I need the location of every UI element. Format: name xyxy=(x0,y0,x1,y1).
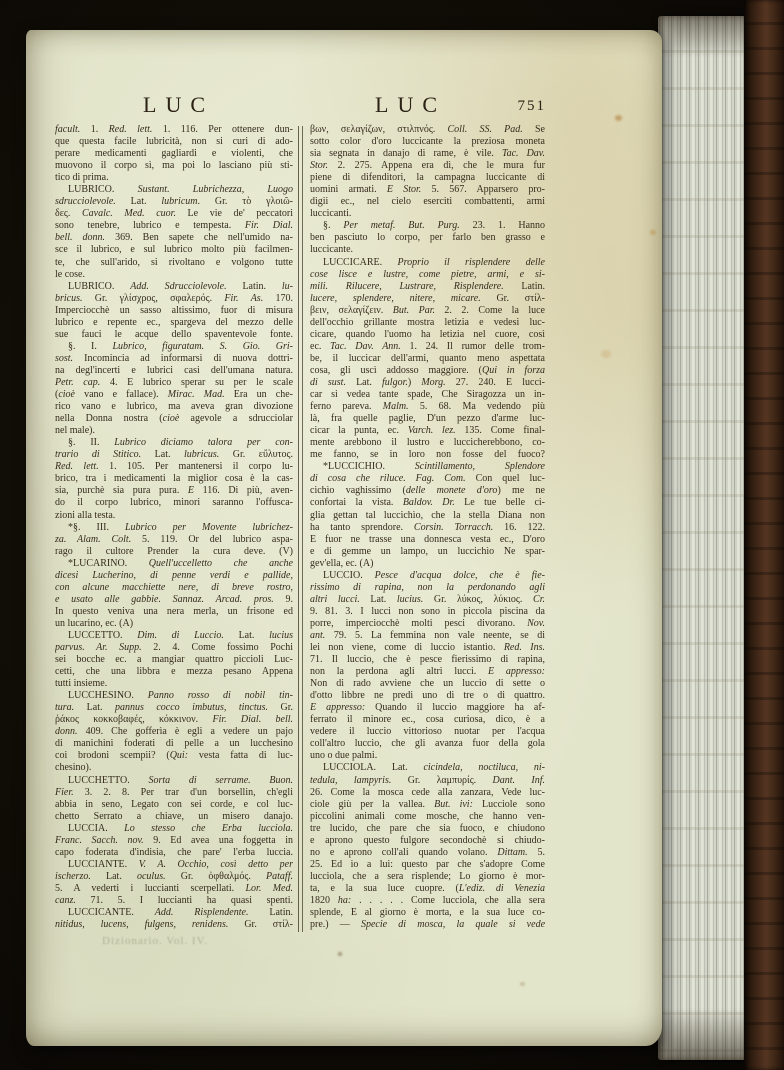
text-line: sdrucciolevole. Lat. lubricum. Gr. τὸ γλ… xyxy=(55,196,293,208)
text-line: confortai la vista. Baldov. Dr. Le tue b… xyxy=(310,497,545,509)
text-line: (cioè vano e fallace). Mirac. Mad. Era u… xyxy=(55,389,293,401)
text-line: glia gettan tal luccichìo, che la stella… xyxy=(310,510,545,522)
text-line: 5. A vederti i luccianti scerpellati. Lo… xyxy=(55,883,293,895)
text-line: ta, e la sua luce cuopre. (L'ediz. di Ve… xyxy=(310,883,545,895)
text-line: abbia in seno, Legato con sei corde, e c… xyxy=(55,799,293,811)
text-line: di cosa che riluce. Fag. Com. Con quel l… xyxy=(310,473,545,485)
text-line: di sust. Lat. fulgor.) Morg. 27. 240. E … xyxy=(310,377,545,389)
text-line: ec. Tac. Dav. Ann. 1. 24. Il rumor delle… xyxy=(310,341,545,353)
text-line: In questo veniva una nera merla, un fris… xyxy=(55,606,293,618)
text-line: e usato alle gabbie. Sannaz. Arcad. pros… xyxy=(55,594,293,606)
text-line: sia segnata in danajo di rame, è vile. T… xyxy=(310,148,545,160)
text-line: te, che sull'arido, si rivoltano e volgo… xyxy=(55,257,293,269)
text-line: LUCCIO. Pesce d'acqua dolce, che è fie- xyxy=(310,570,545,582)
text-line: cosa, gli uscì addosso maggiore. (Qui in… xyxy=(310,365,545,377)
text-line: lei non viene, come di luccio istantìo. … xyxy=(310,642,545,654)
text-line: chetto Serrato a chiave, un misero danaj… xyxy=(55,811,293,823)
text-line: bell. donn. 369. Ben sapete che nell'umi… xyxy=(55,232,293,244)
text-line: gev'ella, ec. (A) xyxy=(310,558,545,570)
text-line: LUBRICO. Add. Sdrucciolevole. Latin. lu- xyxy=(55,281,293,293)
text-line: cicar la punta, ec. Varch. lez. 135. Com… xyxy=(310,425,545,437)
text-line: LUBRICO. Sustant. Lubrichezza, Luogo xyxy=(55,184,293,196)
text-line: un lucarino, ec. (A) xyxy=(55,618,293,630)
text-line: là, fra quelle paglie, D'un pezzo d'arme… xyxy=(310,413,545,425)
text-line: muovono il corpo sì, ma poi lo lasciano … xyxy=(55,160,293,172)
text-line: cichìo vaghissimo (delle monete d'oro) m… xyxy=(310,485,545,497)
text-line: tedula, lampyris. Gr. λαμπυρίς. Dant. In… xyxy=(310,775,545,787)
column-divider xyxy=(298,126,303,932)
text-line: βων, σελαγίζων, στιλπνός. Coll. SS. Pad.… xyxy=(310,124,545,136)
text-line: za. Alam. Colt. 5. 119. Or del lubrico a… xyxy=(55,534,293,546)
text-line: ferno pareva. Malm. 5. 68. Ma vedendo pi… xyxy=(310,401,545,413)
text-line: cose lisce e lustre, come pietre, armi, … xyxy=(310,269,545,281)
foxing-spot xyxy=(650,230,656,235)
text-line: lucciola, che a sera risplende; Lo giorn… xyxy=(310,871,545,883)
text-line: LUCCIA. Lo stesso che Erba lucciola. xyxy=(55,823,293,835)
text-line: perare medicamenti gagliardi e violenti,… xyxy=(55,148,293,160)
text-line: ant. 79. 5. La femmina non vale neente, … xyxy=(310,630,545,642)
text-line: canz. 71. 5. I luccianti ha quasi spenti… xyxy=(55,895,293,907)
text-line: ischerzo. Lat. oculus. Gr. ὀφθαλμός. Pat… xyxy=(55,871,293,883)
text-line: *LUCARINO. Quell'uccelletto che anche xyxy=(55,558,293,570)
text-line: LUCCIOLA. Lat. cicindela, noctiluca, ni- xyxy=(310,762,545,774)
text-line: luccicanti. xyxy=(310,208,545,220)
bleed-through-text: Dizionario. Vol. IV. xyxy=(102,935,208,947)
foxing-spot xyxy=(520,982,525,986)
text-line: tutti insieme. xyxy=(55,678,293,690)
text-line: altri lucci. Lat. lucius. Gr. λύκος, λύκ… xyxy=(310,594,545,606)
text-line: sia, purchè sia pura pura. E 116. Di più… xyxy=(55,485,293,497)
text-line: 25. Ed io a lui: questo par che s'adopre… xyxy=(310,859,545,871)
page-edges xyxy=(658,16,752,1060)
text-line: Imperciocchè un sasso altissimo, fuor di… xyxy=(55,305,293,317)
text-line: trario di Stitico. Lat. lubricus. Gr. εὔ… xyxy=(55,449,293,461)
text-line: coll'altro luccio, che gli avanza fuor d… xyxy=(310,738,545,750)
text-line: le cose. xyxy=(55,269,293,281)
text-line: capo foderata d'indisia, che pare' l'erb… xyxy=(55,847,293,859)
text-line: non la perdona agli altri lucci. E appre… xyxy=(310,666,545,678)
text-line: sotto color d'oro luccicante la preziosa… xyxy=(310,136,545,148)
text-line: Stor. 2. 275. Appena era dì, che le mura… xyxy=(310,160,545,172)
text-line: §. II. Lubrico diciamo talora per con- xyxy=(55,437,293,449)
text-line: tico di prima. xyxy=(55,172,293,184)
text-line: donn. 409. Che gofferìa è egli a vedere … xyxy=(55,726,293,738)
foxing-spot xyxy=(601,350,611,358)
text-line: porre, imperciocchè molti pesci divorano… xyxy=(310,618,545,630)
text-line: piene di difenditori, la campagna luccic… xyxy=(310,172,545,184)
text-line: brico, tra i medicamenti la miglior cosa… xyxy=(55,473,293,485)
text-line: lubrico e repente ec., spargeva del mezz… xyxy=(55,317,293,329)
text-line: uomini armati. E Stor. 5. 567. Apparsero… xyxy=(310,184,545,196)
page-number: 751 xyxy=(476,98,546,115)
text-line: na degl'incerti e lubrici casi dell'uman… xyxy=(55,365,293,377)
text-line: Franc. Sacch. nov. 9. Ed avea una fogget… xyxy=(55,835,293,847)
text-line: nel male). xyxy=(55,425,293,437)
text-line: LUCCHESINO. Panno rosso di nobil tin- xyxy=(55,690,293,702)
running-head-left: LUC xyxy=(55,92,293,118)
text-line: ferrato il minore ec., cosa curiosa, dic… xyxy=(310,714,545,726)
text-line: nitidus, lucens, fulgens, renidens. Gr. … xyxy=(55,919,293,931)
text-line: LUCCETTO. Dim. di Luccio. Lat. lucius xyxy=(55,630,293,642)
text-line: cicare, quando l'uomo ha letizia nel cuo… xyxy=(310,329,545,341)
text-line: parvus. Ar. Supp. 2. 4. Come fossimo Poc… xyxy=(55,642,293,654)
text-line: rissimo di rapina, non la perdonando agl… xyxy=(310,582,545,594)
text-line: ha tanto sprendore. Corsin. Torracch. 16… xyxy=(310,522,545,534)
text-line: lucere, splendere, nitere, micare. Gr. σ… xyxy=(310,293,545,305)
text-line: 9. 81. 3. I lucci non sono in piccola pi… xyxy=(310,606,545,618)
text-line: Petr. cap. 4. E lubrico sperar su per le… xyxy=(55,377,293,389)
text-line: Non di rado avviene che un luccio di set… xyxy=(310,678,545,690)
text-line: mente arebbono il lustro e luccicherebbo… xyxy=(310,437,545,449)
text-line: car si vedea tante spade, Che Siragozza … xyxy=(310,389,545,401)
text-line: piccolini animali come mosche, che hanno… xyxy=(310,811,545,823)
right-column: βων, σελαγίζων, στιλπνός. Coll. SS. Pad.… xyxy=(310,124,545,936)
text-line: 26. Come la mosca cede alla zanzara, Ved… xyxy=(310,787,545,799)
text-line: dicesi Lucherino, di penne verdi e palli… xyxy=(55,570,293,582)
text-line: digii ec., nel cielo eserciti combattent… xyxy=(310,196,545,208)
text-line: cetti, che una libbra e mezza pesano App… xyxy=(55,666,293,678)
text-line: be, il luccicar dell'armi, quanto meno a… xyxy=(310,353,545,365)
text-line: LUCCIANTE. V. A. Occhio, così detto per xyxy=(55,859,293,871)
text-line: βειν, σελαγίζειν. But. Par. 2. 2. Come l… xyxy=(310,305,545,317)
text-line: sce il lubrico, e sul lubrico molto più … xyxy=(55,244,293,256)
text-line: do il corpo lubrico, minori saranno l'of… xyxy=(55,497,293,509)
book-photo: LUC LUC 751 facult. 1. Red. lett. 1. 116… xyxy=(0,0,784,1070)
text-line: no e aprono coll'ali quando volano. Ditt… xyxy=(310,847,545,859)
text-line: di manichini foderati di pelle a un lucc… xyxy=(55,738,293,750)
text-line: E fuor ne trasse una donnesca vesta ec.,… xyxy=(310,534,545,546)
left-column: facult. 1. Red. lett. 1. 116. Per ottene… xyxy=(55,124,293,936)
text-line: pre.) — Specie di mosca, la quale si ved… xyxy=(310,919,545,931)
foxing-spot xyxy=(338,952,342,956)
text-line: nella Donna nostra (cioè agevole a sdruc… xyxy=(55,413,293,425)
text-line: vedere il luccio vittorioso nuotar per l… xyxy=(310,726,545,738)
text-line: rico vano e lubrico, ma aveva gran divoz… xyxy=(55,401,293,413)
text-line: rago il cultore Prender la cura deve. (V… xyxy=(55,546,293,558)
text-line: chesino). xyxy=(55,762,293,774)
text-line: uno o due palmi. xyxy=(310,750,545,762)
text-line: ῥάκος κοκκοβαφές, κόκκινον. Fir. Dial. b… xyxy=(55,714,293,726)
text-line: δες. Cavalc. Med. cuor. Le vie de' pecca… xyxy=(55,208,293,220)
text-line: ciole giù per la vallea. But. ivi: Lucci… xyxy=(310,799,545,811)
text-line: ben pasciuto lo corpo, per farlo ben gra… xyxy=(310,232,545,244)
text-line: LUCCICANTE. Add. Risplendente. Latin. xyxy=(55,907,293,919)
text-line: 71. Il luccio, che è pesce fierissimo di… xyxy=(310,654,545,666)
text-line: sue fauci le acque dello spaventevole fo… xyxy=(55,329,293,341)
text-line: bricus. Gr. γλίσχρος, σφαλερός. Fir. As.… xyxy=(55,293,293,305)
text-line: mili. Rilucere, Lustrare, Risplendere. L… xyxy=(310,281,545,293)
text-line: splende, E al giorno è morta, e la sua l… xyxy=(310,907,545,919)
text-line: dell'occhio grillante mostra letizia e v… xyxy=(310,317,545,329)
text-line: con alcune macchiette nere, di breve ros… xyxy=(55,582,293,594)
text-line: Red. lett. 1. 105. Per mantenersi il cor… xyxy=(55,461,293,473)
text-line: LUCCHETTO. Sorta di serrame. Buon. xyxy=(55,775,293,787)
text-line: tre lucido, che pare che sia fuoco, e ch… xyxy=(310,823,545,835)
text-line: sono tenebre, lubrico e tempesta. Fir. D… xyxy=(55,220,293,232)
text-line: zioni alla testa. xyxy=(55,510,293,522)
text-line: sei bocche ec. a mangiar quattro picciol… xyxy=(55,654,293,666)
book-cover xyxy=(744,0,784,1070)
text-line: me fanno, se in loro non fosse del fuoco… xyxy=(310,449,545,461)
text-line: e aprono questo fulgore secondochè si ch… xyxy=(310,835,545,847)
foxing-spot xyxy=(615,115,622,121)
text-line: Fier. 3. 2. 8. Per trar d'un borsellin, … xyxy=(55,787,293,799)
text-line: E appresso: Quando il luccio maggiore ha… xyxy=(310,702,545,714)
text-line: luccicante. xyxy=(310,244,545,256)
text-line: §. Per metaf. But. Purg. 23. 1. Hanno xyxy=(310,220,545,232)
text-line: d'otto libbre ne predi uno di tre o di q… xyxy=(310,690,545,702)
text-line: sost. Incomincia ad informarsi di nuova … xyxy=(55,353,293,365)
text-line: e di gemme un lampo, un luccichìo Ne spa… xyxy=(310,546,545,558)
text-line: *§. III. Lubrico per Movente lubrichez- xyxy=(55,522,293,534)
text-line: coi brodoni scempii? (Qui: vesta fatta d… xyxy=(55,750,293,762)
text-line: *LUCCICHIO. Scintillamento, Splendore xyxy=(310,461,545,473)
text-line: §. I. Lubrico, figuratam. S. Gio. Gri- xyxy=(55,341,293,353)
text-line: que questa facile lubricità, non si curi… xyxy=(55,136,293,148)
text-line: LUCCICARE. Proprio il risplendere delle xyxy=(310,257,545,269)
text-line: facult. 1. Red. lett. 1. 116. Per ottene… xyxy=(55,124,293,136)
text-line: 1820 ha: . . . . . Come lucciola, che al… xyxy=(310,895,545,907)
text-line: tura. Lat. pannus cocco imbutus, tinctus… xyxy=(55,702,293,714)
